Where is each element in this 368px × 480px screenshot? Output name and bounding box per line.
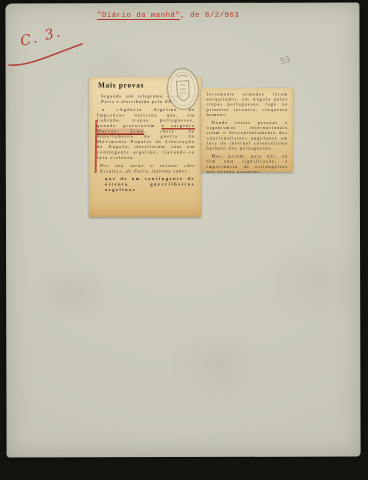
typed-source-caption: "Diário da manhã", de 8/2/963 (97, 12, 239, 20)
clipping-paragraph: fortemente armados foram aniquilados, em… (207, 92, 289, 118)
clipping-paragraph: a «Agência Argelina de Imprensa» noticio… (97, 107, 195, 160)
embossed-seal-icon (162, 65, 203, 114)
clipping-right-column: fortemente armados foram aniquilados, em… (201, 88, 293, 172)
clipping-paragraph: que de um contingente de oitenta guerril… (105, 176, 195, 192)
newspaper-name: "Diário da manhã" (97, 12, 180, 20)
clipping-paragraph: Por seu turno a revista «Air Escales», d… (100, 163, 195, 174)
paragraph-text: , chefe do departamento da guerra do Mov… (97, 128, 195, 159)
clipping-paragraph: Donde certas pessoas e organismos intern… (207, 120, 289, 151)
clipping-right-text: fortemente armados foram aniquilados, em… (201, 88, 293, 177)
clipping-paragraph: Mas, porém, para nós, só têm uma signifi… (207, 154, 289, 174)
caption-date: , de 8/2/963 (180, 12, 239, 20)
handwritten-flourish-line (6, 40, 86, 70)
scanned-document-photo: "Diário da manhã", de 8/2/963 C. 3. 53 M… (0, 0, 368, 480)
